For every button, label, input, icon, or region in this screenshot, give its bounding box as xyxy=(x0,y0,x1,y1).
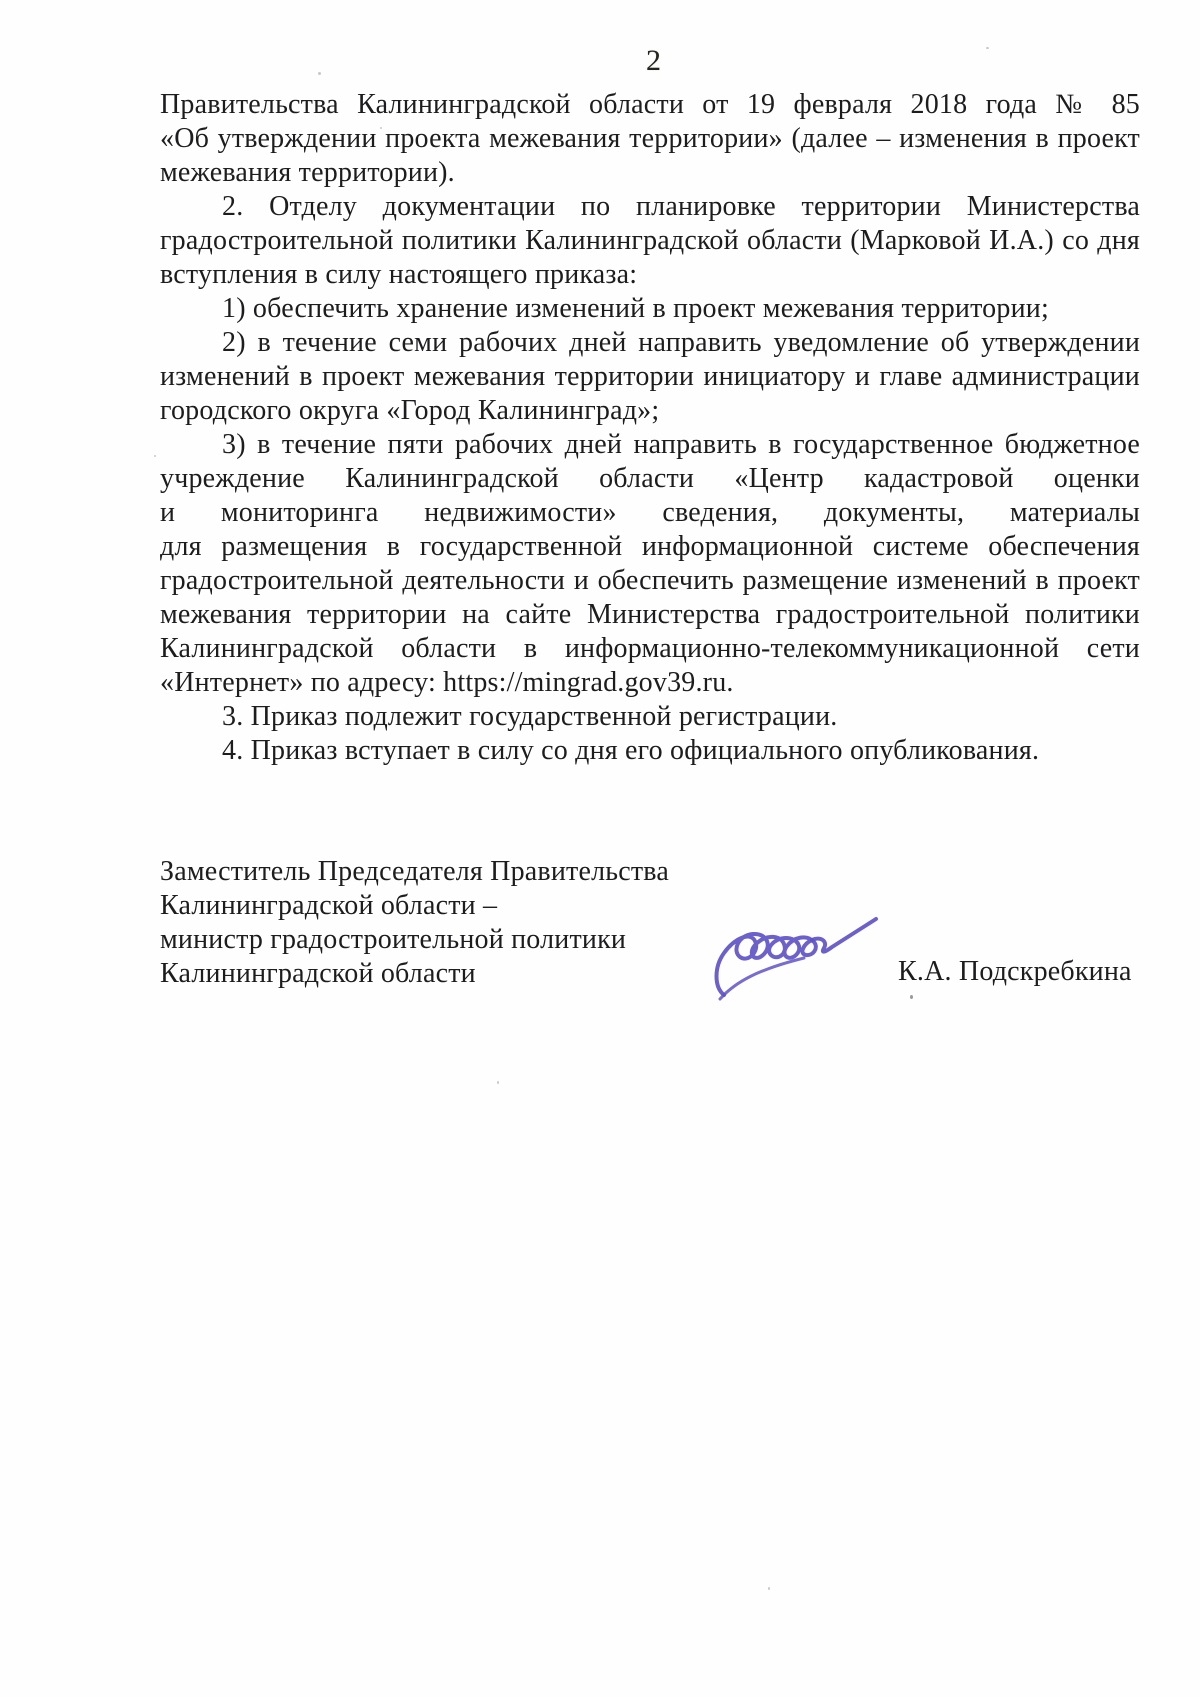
body-line: Правительства Калининградской области от… xyxy=(160,88,1140,122)
signatory-title-line: министр градостроительной политики xyxy=(160,923,720,957)
body-line: и мониторинга недвижимости» сведения, до… xyxy=(160,496,1140,530)
body-line: для размещения в государственной информа… xyxy=(160,530,1140,564)
body-line: градостроительной политики Калининградск… xyxy=(160,224,1140,258)
scan-speck xyxy=(768,1587,770,1590)
body-line: 2. Отделу документации по планировке тер… xyxy=(160,190,1140,224)
signer-name: К.А. Подскребкина xyxy=(898,955,1132,989)
scan-speck xyxy=(910,995,913,999)
body-line: вступления в силу настоящего приказа: xyxy=(160,258,1140,292)
signature-scribble-icon xyxy=(708,903,888,1003)
signatory-title-line: Заместитель Председателя Правительства xyxy=(160,855,720,889)
scan-speck xyxy=(318,72,321,75)
body-line: Калининградской области в информационно-… xyxy=(160,632,1140,666)
body-line: изменений в проект межевания территории … xyxy=(160,360,1140,394)
handwritten-signature xyxy=(708,903,888,1003)
body-line: межевания территории). xyxy=(160,156,1140,190)
body-line: градостроительной деятельности и обеспеч… xyxy=(160,564,1140,598)
body-line: 1) обеспечить хранение изменений в проек… xyxy=(160,292,1140,326)
page-number: 2 xyxy=(646,44,661,78)
scan-speck xyxy=(497,1081,499,1084)
scanned-document-page: 2 Правительства Калининградской области … xyxy=(0,0,1200,1697)
document-body: Правительства Калининградской области от… xyxy=(160,88,1140,768)
scan-speck xyxy=(154,455,156,457)
body-line: 3. Приказ подлежит государственной регис… xyxy=(160,700,1140,734)
body-line: городского округа «Город Калининград»; xyxy=(160,394,1140,428)
scan-speck xyxy=(986,47,989,49)
body-line: 3) в течение пяти рабочих дней направить… xyxy=(160,428,1140,462)
scan-speck xyxy=(380,127,382,129)
body-line: «Интернет» по адресу: https://mingrad.go… xyxy=(160,666,1140,700)
body-line: учреждение Калининградской области «Цент… xyxy=(160,462,1140,496)
body-line: 4. Приказ вступает в силу со дня его офи… xyxy=(160,734,1140,768)
body-line: межевания территории на сайте Министерст… xyxy=(160,598,1140,632)
signatory-title-line: Калининградской области xyxy=(160,957,720,991)
body-line: «Об утверждении проекта межевания террит… xyxy=(160,122,1140,156)
signatory-title-line: Калининградской области – xyxy=(160,889,720,923)
signatory-title-block: Заместитель Председателя Правительства К… xyxy=(160,855,720,991)
body-line: 2) в течение семи рабочих дней направить… xyxy=(160,326,1140,360)
